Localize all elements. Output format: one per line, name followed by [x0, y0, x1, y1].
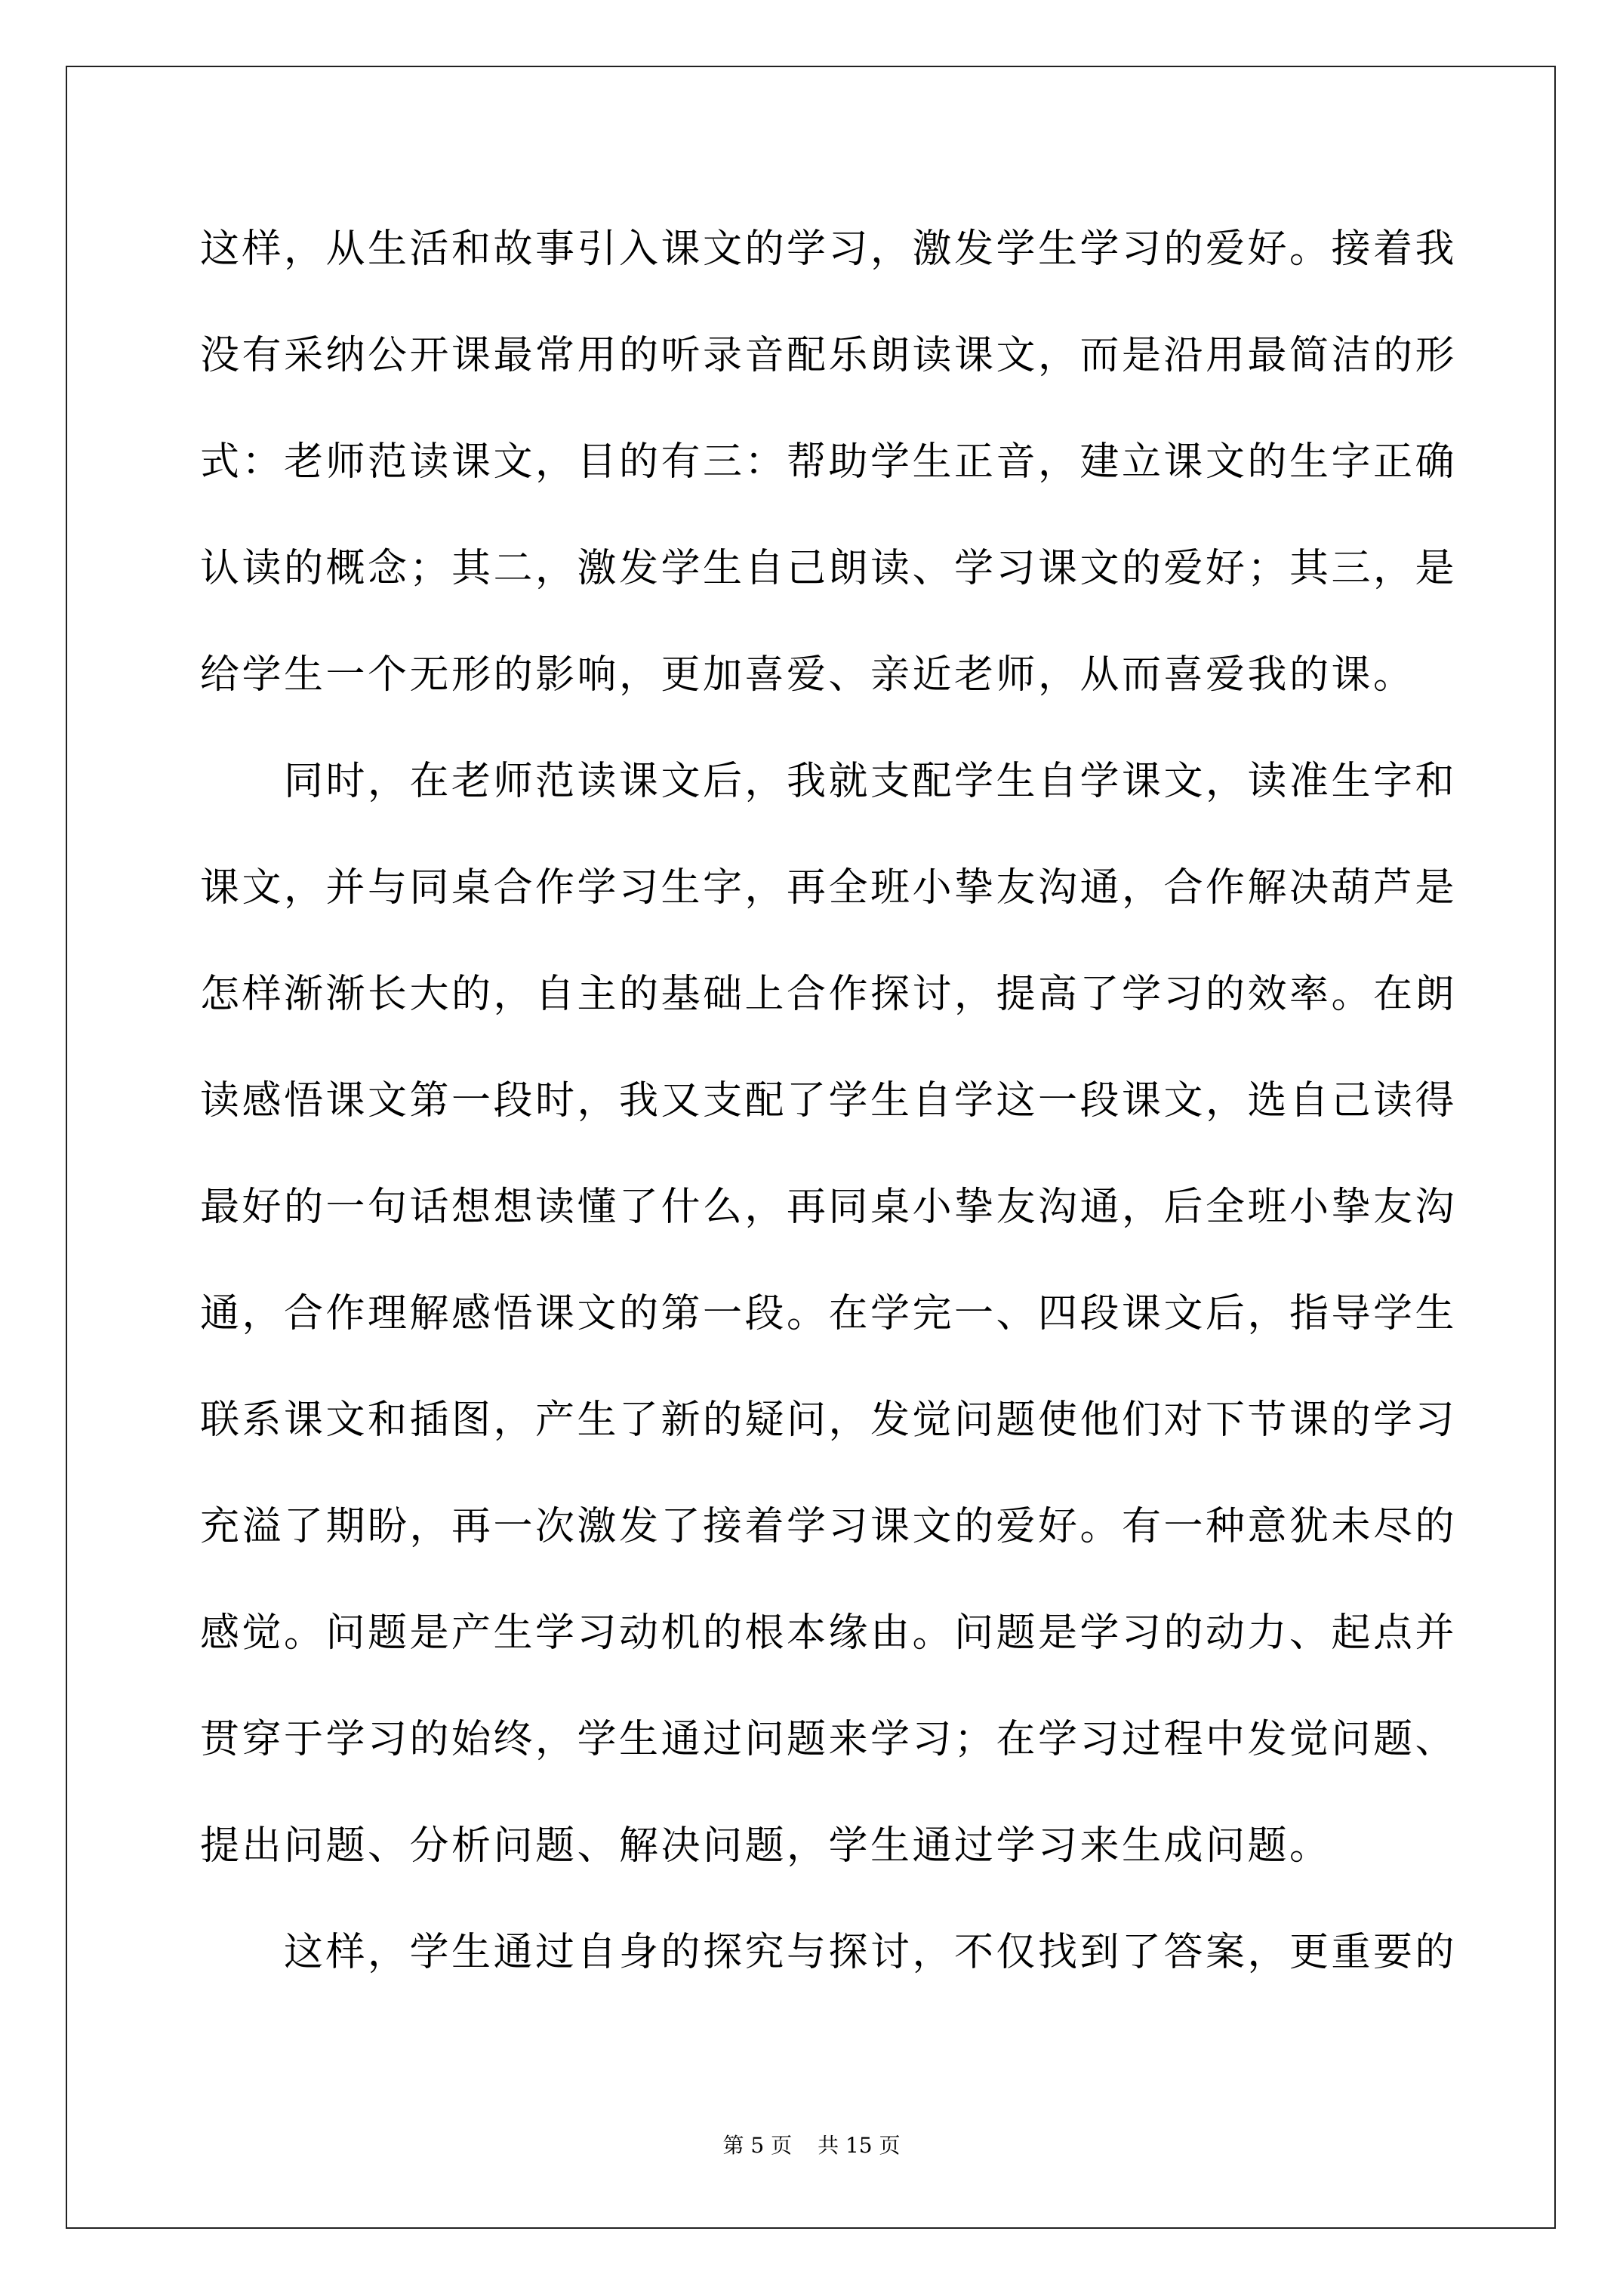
text-line: 联系课文和插图，产生了新的疑问，发觉问题使他们对下节课的学习: [200, 1393, 1427, 1499]
text-line: 这样，从生活和故事引入课文的学习，激发学生学习的爱好。接着我: [200, 222, 1427, 328]
text-line: 认读的概念；其二，激发学生自己朗读、学习课文的爱好；其三，是: [200, 541, 1427, 648]
text-line: 提出问题、分析问题、解决问题，学生通过学习来生成问题。: [200, 1819, 1427, 1925]
text-line: 通，合作理解感悟课文的第一段。在学完一、四段课文后，指导学生: [200, 1287, 1427, 1393]
text-line: 读感悟课文第一段时，我又支配了学生自学这一段课文，选自己读得: [200, 1074, 1427, 1180]
text-line: 课文，并与同桌合作学习生字，再全班小挚友沟通，合作解决葫芦是: [200, 861, 1427, 967]
total-pages-label: 共 15 页: [818, 2131, 900, 2161]
text-line: 没有采纳公开课最常用的听录音配乐朗读课文，而是沿用最简洁的形: [200, 328, 1427, 435]
text-line: 式：老师范读课文，目的有三：帮助学生正音，建立课文的生字正确: [200, 435, 1427, 541]
text-line: 感觉。问题是产生学习动机的根本缘由。问题是学习的动力、起点并: [200, 1606, 1427, 1712]
text-line: 同时，在老师范读课文后，我就支配学生自学课文，读准生字和: [200, 754, 1427, 861]
text-line: 最好的一句话想想读懂了什么，再同桌小挚友沟通，后全班小挚友沟: [200, 1180, 1427, 1287]
document-body: 这样，从生活和故事引入课文的学习，激发学生学习的爱好。接着我 没有采纳公开课最常…: [200, 222, 1427, 2032]
text-line: 这样，学生通过自身的探究与探讨，不仅找到了答案，更重要的: [200, 1925, 1427, 2032]
text-line: 怎样渐渐长大的，自主的基础上合作探讨，提高了学习的效率。在朗: [200, 967, 1427, 1074]
text-line: 给学生一个无形的影响，更加喜爱、亲近老师，从而喜爱我的课。: [200, 648, 1427, 754]
page-footer: 第 5 页共 15 页: [0, 2131, 1623, 2161]
text-line: 充溢了期盼，再一次激发了接着学习课文的爱好。有一种意犹未尽的: [200, 1499, 1427, 1606]
text-line: 贯穿于学习的始终，学生通过问题来学习；在学习过程中发觉问题、: [200, 1712, 1427, 1819]
current-page-label: 第 5 页: [722, 2131, 792, 2161]
